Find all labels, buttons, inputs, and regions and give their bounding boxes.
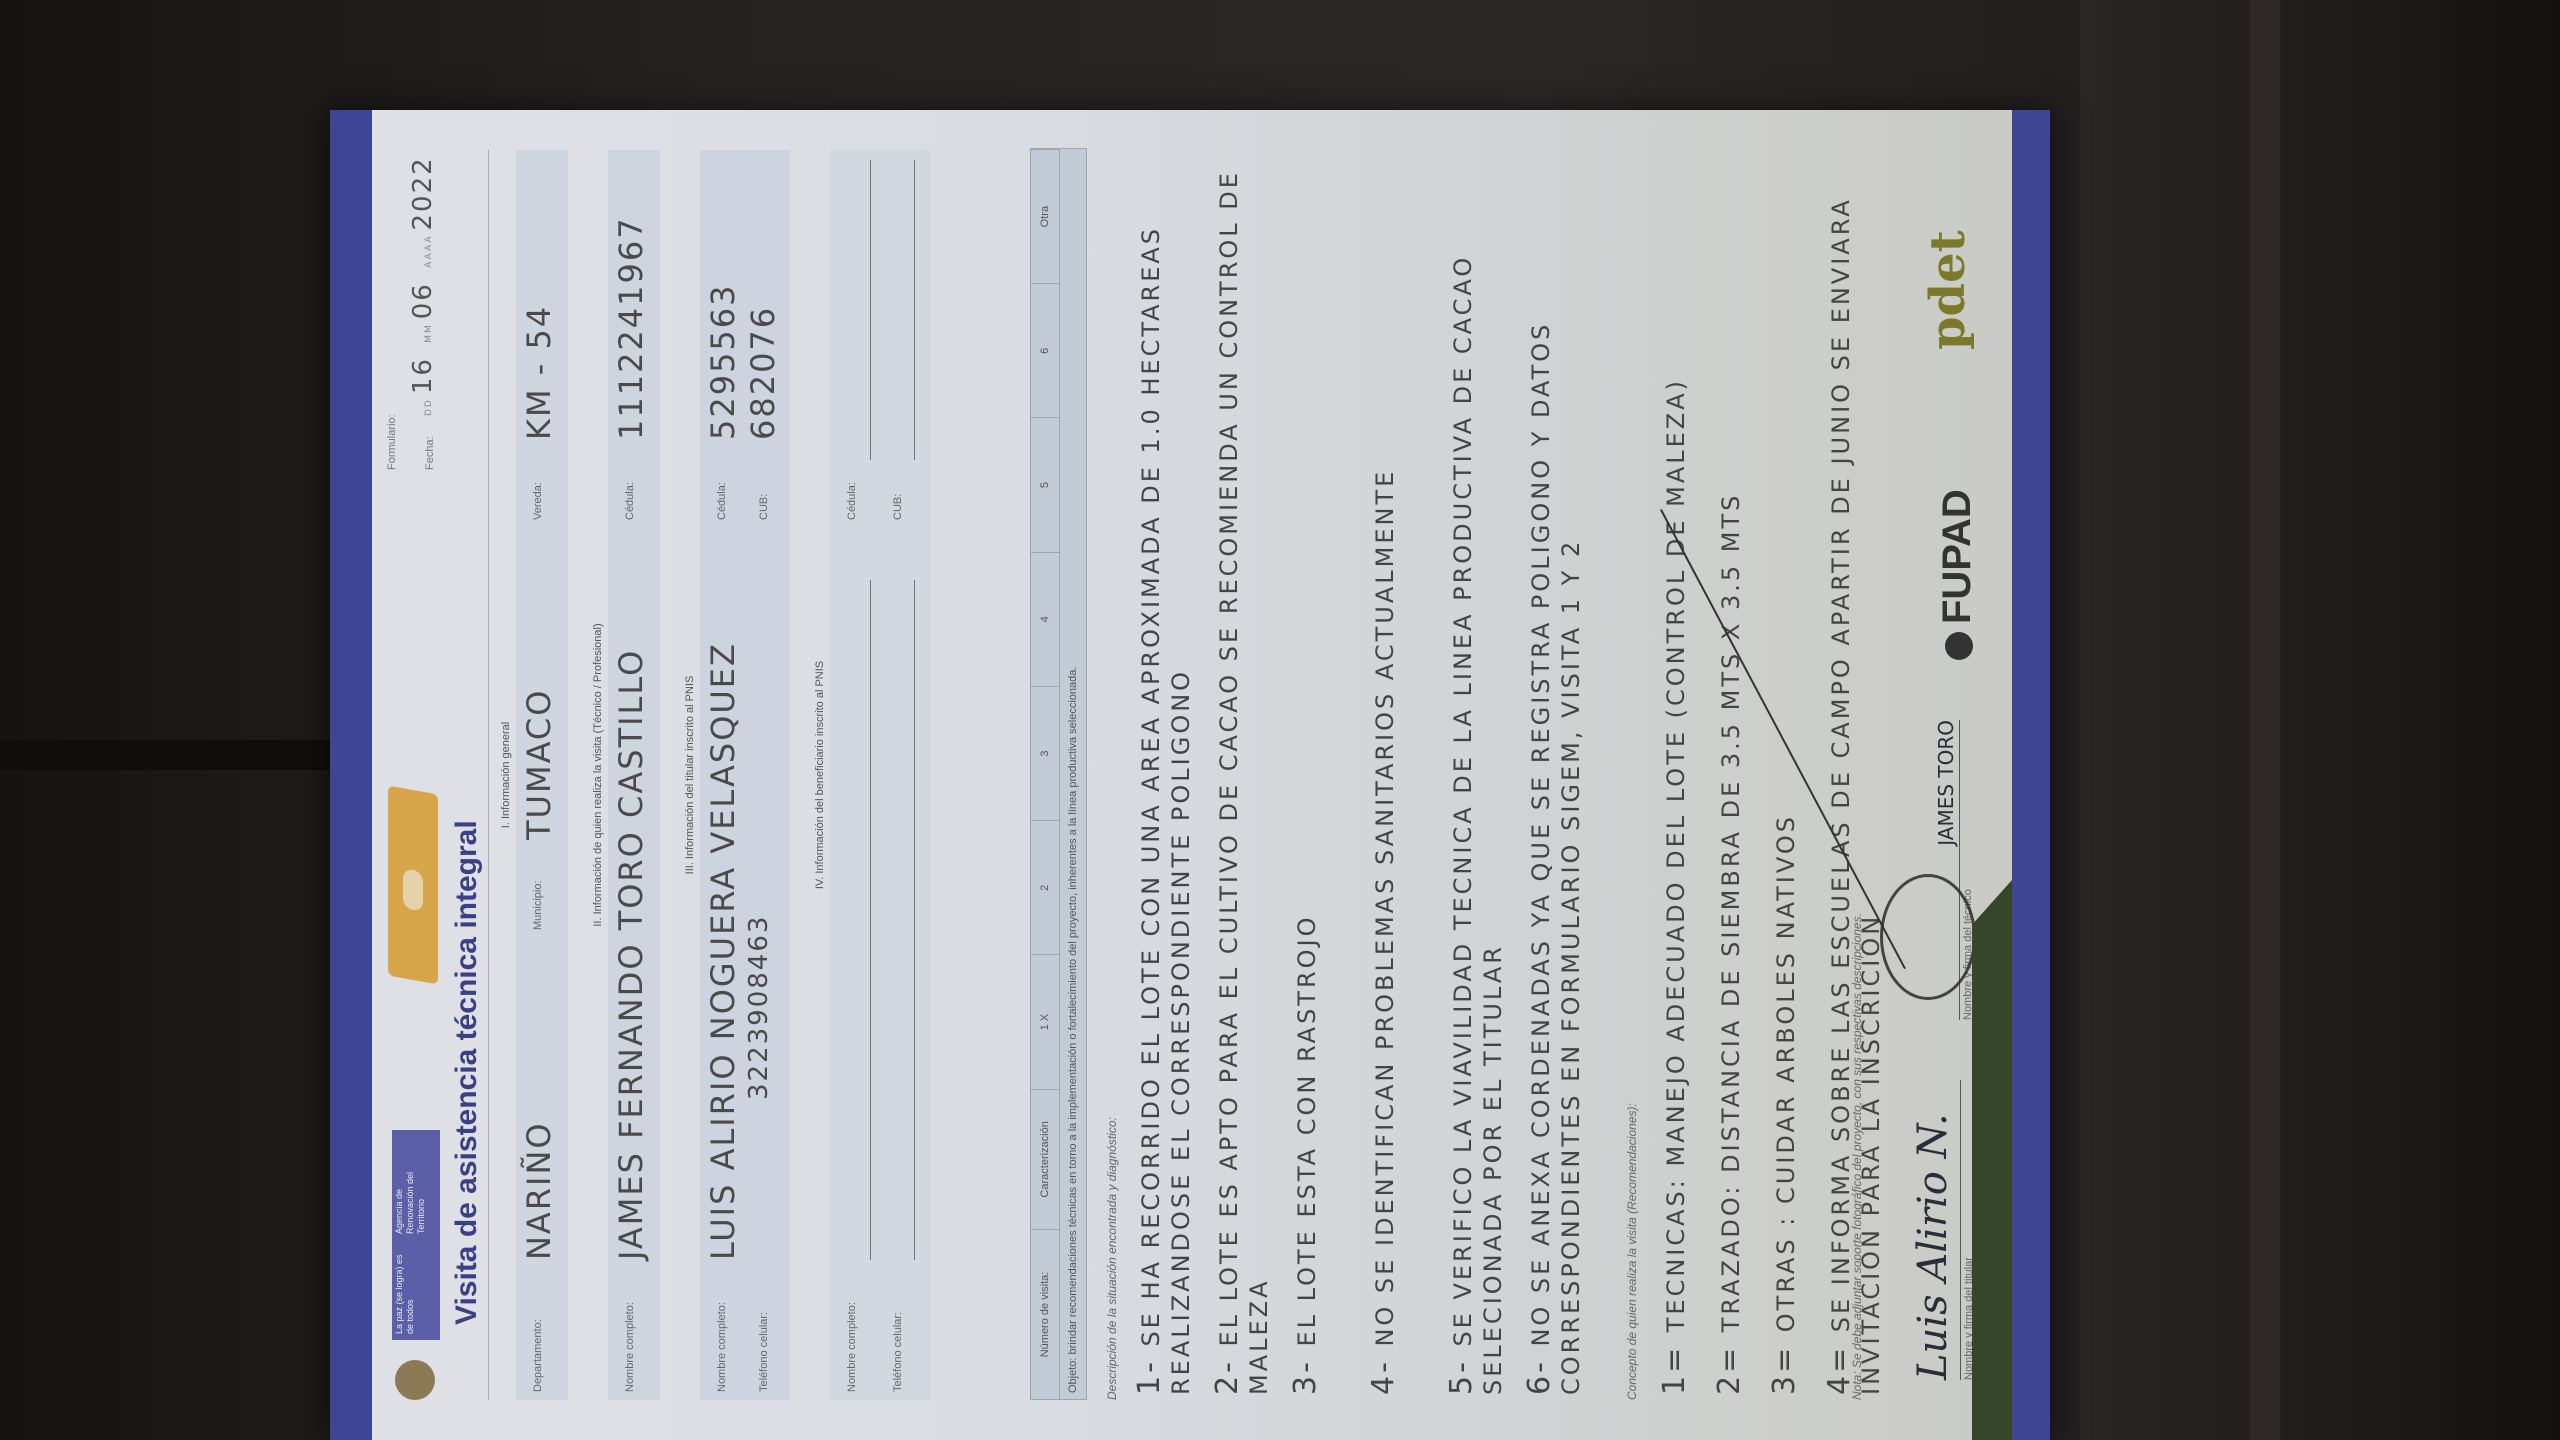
government-logo: La paz (se logra) es de todos Agencia de… [392, 1130, 440, 1340]
handwritten-item: 4- NO SE IDENTIFICAN PROBLEMAS SANITARIO… [1369, 165, 1400, 1395]
visit-objective: Objeto: brindar recomendaciones técnicas… [1060, 149, 1086, 1399]
section-title: II. Información de quien realiza la visi… [592, 150, 604, 1400]
beneficiary-name-line [870, 580, 871, 1260]
table-edge [2080, 0, 2560, 1440]
visit-column-2[interactable]: 2 [1031, 820, 1059, 954]
technician-signature: JAMES TORO Nombre y firma del técnico [1910, 720, 1974, 1020]
bottom-blue-band [2012, 110, 2050, 1440]
section-technician-info: II. Información de quien realiza la visi… [592, 150, 666, 1400]
technician-name: JAMES FERNANDO TORO CASTILLO [612, 649, 650, 1260]
handwritten-item: 1- SE HA RECORRIDO EL LOTE CON UNA AREA … [1135, 165, 1196, 1395]
handwritten-item: 6- NO SE ANEXA CORDENADAS YA QUE SE REGI… [1525, 165, 1586, 1395]
top-blue-band [330, 110, 372, 1440]
fecha-label: Fecha: [424, 436, 436, 470]
pdet-logo: pdet [1920, 230, 1976, 350]
handwritten-item: 2- EL LOTE ES APTO PARA EL CULTIVO DE CA… [1213, 165, 1274, 1395]
holder-cedula: 5295563 [704, 283, 742, 440]
beneficiary-row: Nombre completo: Teléfono celular: Cédul… [830, 150, 930, 1400]
section-title: IV. Información del beneficiario inscrit… [814, 150, 826, 1400]
page-title: Visita de asistencia técnica integral [450, 820, 484, 1325]
handwritten-item: 1= TECNICAS: MANEJO ADECUADO DEL LOTE (C… [1660, 165, 1691, 1395]
divider [488, 150, 489, 1400]
technician-row: Nombre completo: JAMES FERNANDO TORO CAS… [608, 150, 660, 1400]
description-label: Descripción de la situación encontrada y… [1105, 1117, 1119, 1400]
holder-signature: Luis Alirio N. Nombre y firma del titula… [1910, 1080, 1975, 1380]
holder-cub: 682076 [744, 306, 782, 440]
section-general-info: I. Información general Departamento: NAR… [500, 150, 574, 1400]
handwritten-item: 3- EL LOTE ESTA CON RASTROJO [1291, 165, 1322, 1395]
municipio-value: TUMACO [520, 689, 558, 840]
beneficiary-cedula-line [870, 160, 871, 460]
visit-column-1[interactable]: 1 X [1031, 954, 1059, 1088]
document-photo: La paz (se logra) es de todos Agencia de… [330, 110, 2050, 1440]
visit-column-4[interactable]: 4 [1031, 552, 1059, 686]
vereda-value: KM - 54 [520, 305, 558, 440]
beneficiary-phone-line [914, 580, 915, 1260]
visit-column-otra[interactable]: Otra [1031, 149, 1059, 283]
recommendations-label: Concepto de quien realiza la visita (Rec… [1625, 1103, 1639, 1400]
photo-note: Nota: Se debe adjuntar soporte fotográfi… [1850, 913, 1864, 1400]
section-holder-info: III. Información del titular inscrito al… [684, 150, 796, 1400]
general-info-row: Departamento: NARIÑO Municipio: TUMACO V… [516, 150, 568, 1400]
visit-number-table: Número de visita: Caracterización 1 X234… [1030, 148, 1087, 1400]
holder-name: LUIS ALIRIO NOGUERA VELASQUEZ [704, 642, 742, 1260]
beneficiary-cub-line [914, 160, 915, 460]
form-sheet: La paz (se logra) es de todos Agencia de… [330, 110, 2050, 1440]
handwritten-item: 5- SE VERIFICO LA VIAVILIDAD TECNICA DE … [1447, 165, 1508, 1395]
technician-cedula: 1112241967 [612, 216, 650, 440]
section-title: III. Información del titular inscrito al… [684, 150, 696, 1400]
handwritten-item: 2= TRAZADO: DISTANCIA DE SIEMBRA DE 3.5 … [1715, 165, 1746, 1395]
fecha-value: DD16 MM06 AAAA2022 [408, 156, 438, 420]
fupad-logo: FUPAD [1935, 489, 1980, 660]
visit-column-3[interactable]: 3 [1031, 686, 1059, 820]
holder-phone: 3223908463 [744, 915, 774, 1100]
visit-number-row: Número de visita: Caracterización 1 X234… [1031, 149, 1060, 1399]
floor-shadow [0, 740, 340, 770]
visit-column-5[interactable]: 5 [1031, 417, 1059, 551]
signature-flourish [1880, 874, 1976, 1000]
globe-icon [1945, 632, 1973, 660]
coat-of-arms-icon [395, 1360, 435, 1400]
departamento-value: NARIÑO [520, 1121, 558, 1260]
handwritten-item: 3= OTRAS : CUIDAR ARBOLES NATIVOS [1770, 165, 1801, 1395]
formulario-label: Formulario: [386, 414, 398, 470]
agency-logo [388, 786, 438, 985]
holder-row: Nombre completo: LUIS ALIRIO NOGUERA VEL… [700, 150, 790, 1400]
section-beneficiary-info: IV. Información del beneficiario inscrit… [814, 150, 936, 1400]
green-corner-band [1972, 880, 2012, 1440]
section-title: I. Información general [500, 150, 512, 1400]
visit-column-6[interactable]: 6 [1031, 283, 1059, 417]
